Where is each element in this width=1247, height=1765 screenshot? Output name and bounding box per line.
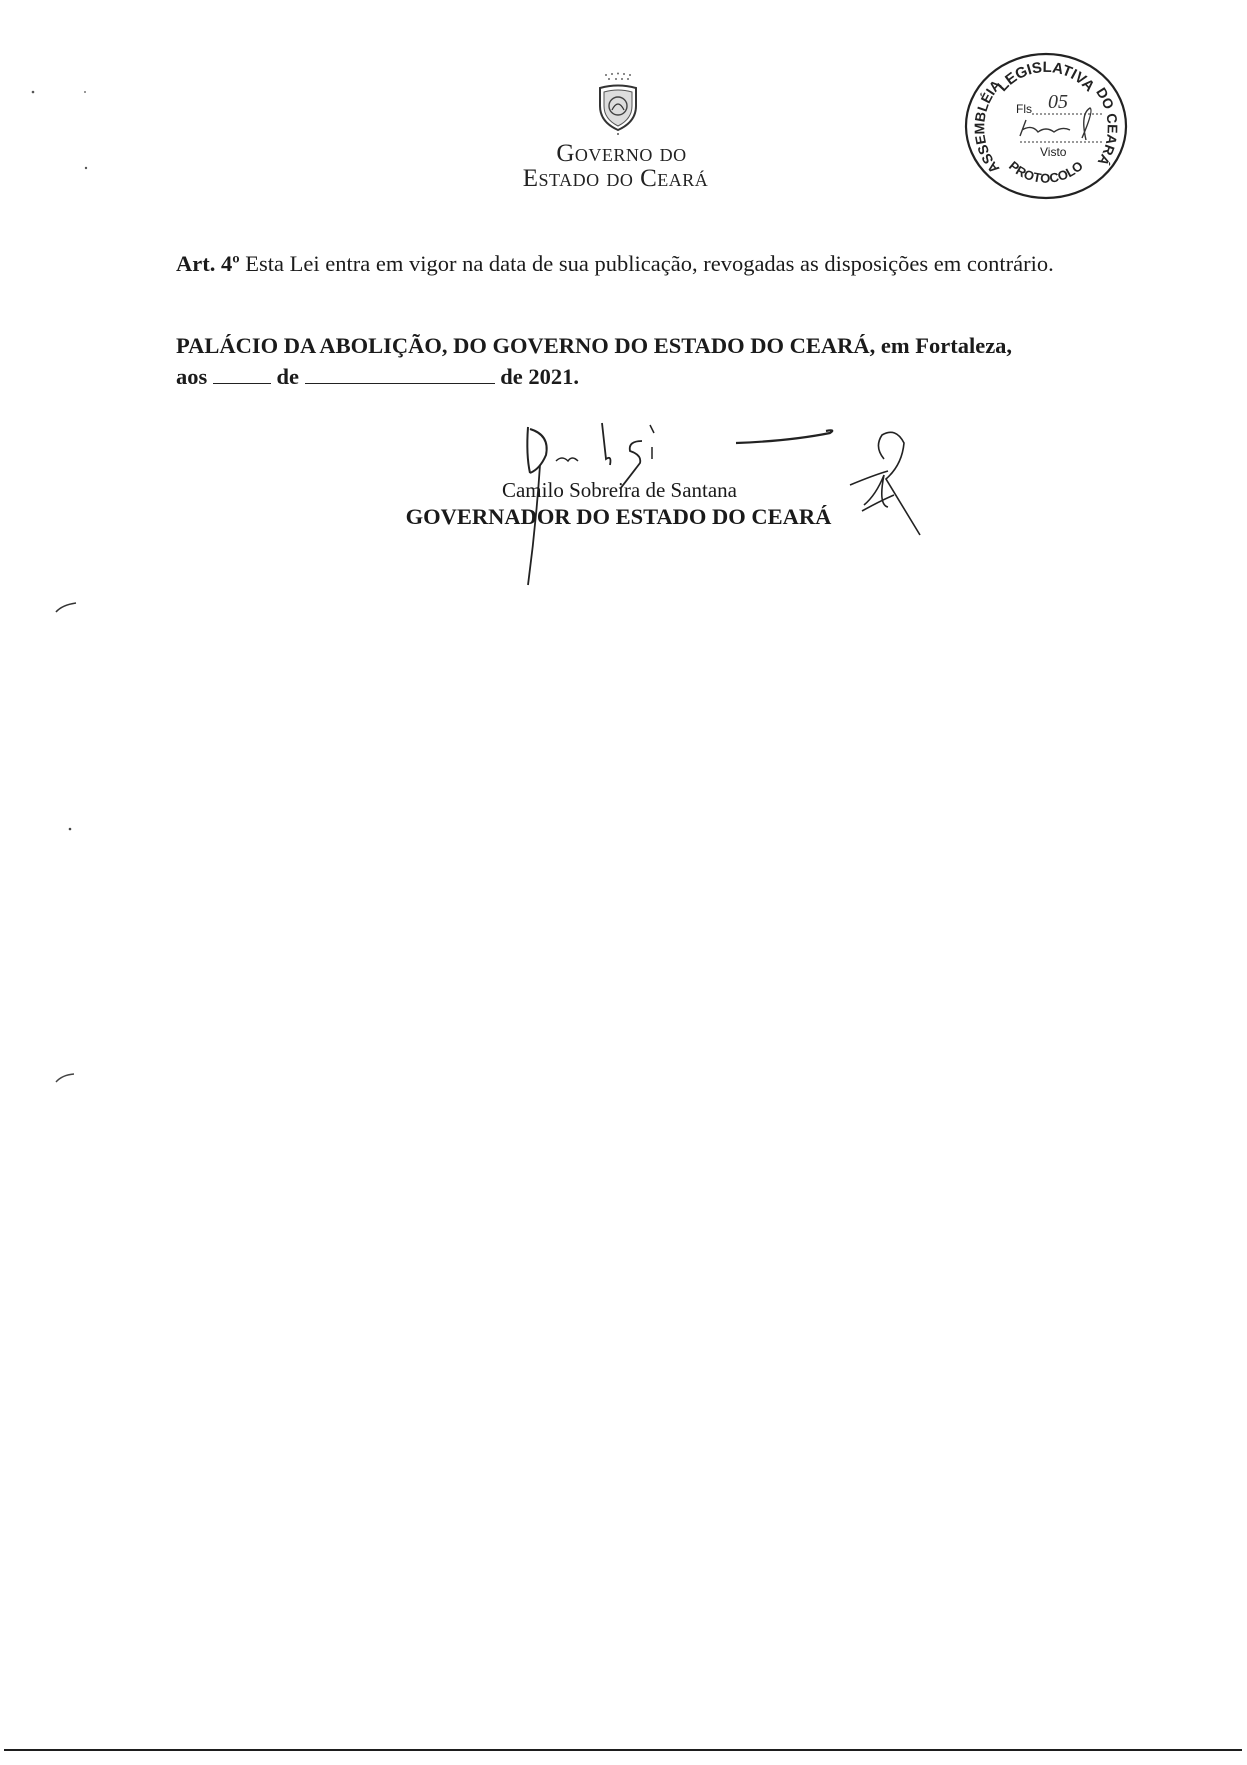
stamp-fls-value: 05 (1048, 91, 1068, 113)
svg-text:PROTOCOLO: PROTOCOLO (1006, 158, 1086, 186)
stamp-fls-label: Fls (1016, 102, 1032, 116)
signer-title: GOVERNADOR DO ESTADO DO CEARÁ (0, 504, 1242, 530)
stamp-right-text: DO CEARÁ (1093, 85, 1121, 169)
article-4-label: Art. 4º (176, 251, 240, 276)
palacio-heading: PALÁCIO DA ABOLIÇÃO, DO GOVERNO DO ESTAD… (176, 333, 875, 358)
state-coat-of-arms-icon (588, 70, 648, 136)
month-blank (305, 365, 495, 384)
date-de-label: de (271, 364, 305, 389)
bottom-rule (4, 1749, 1242, 1751)
svg-text:DO CEARÁ: DO CEARÁ (1093, 85, 1121, 169)
stamp-visto-label: Visto (1040, 145, 1067, 159)
article-4-text: Esta Lei entra em vigor na data de sua p… (240, 251, 1054, 276)
article-4-paragraph: Art. 4º Esta Lei entra em vigor na data … (176, 248, 1118, 279)
palacio-location: em Fortaleza, (875, 333, 1012, 358)
stamp-bottom-text: PROTOCOLO (1006, 158, 1086, 186)
svg-text:LEGISLATIVA: LEGISLATIVA (994, 59, 1098, 95)
day-blank (213, 365, 271, 384)
date-aos-label: aos (176, 364, 213, 389)
stamp-top-text: LEGISLATIVA (994, 59, 1098, 95)
closing-paragraph: PALÁCIO DA ABOLIÇÃO, DO GOVERNO DO ESTAD… (176, 330, 1118, 392)
legislative-protocol-stamp: LEGISLATIVA ASSEMBLÉIA DO CEARÁ PROTOCOL… (962, 50, 1130, 202)
signer-name: Camilo Sobreira de Santana (0, 478, 1243, 503)
date-year: de 2021. (495, 364, 579, 389)
